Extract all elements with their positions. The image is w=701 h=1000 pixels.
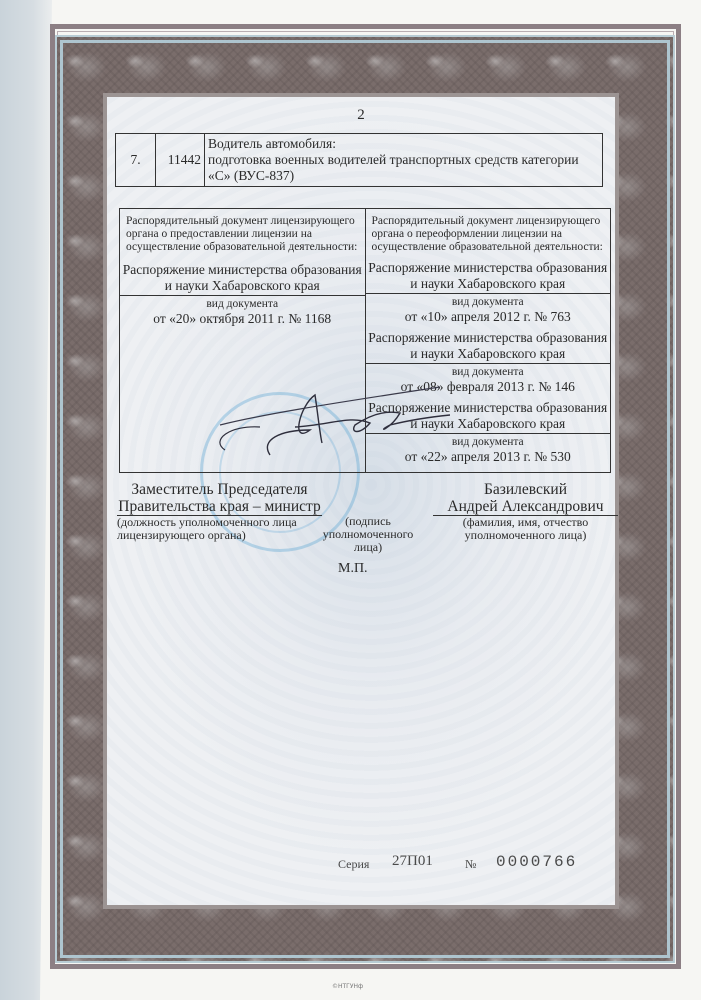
- specialties-table: 7. 11442 Водитель автомобиля: подготовка…: [115, 133, 603, 187]
- reissue-heading: Распорядительный документ лицензирующего…: [366, 209, 611, 258]
- document-type-caption: вид документа: [366, 366, 611, 379]
- document-name: Распоряжение министерства образования и …: [366, 258, 611, 294]
- series-label: Серия: [338, 857, 369, 872]
- reissue-entry: Распоряжение министерства образования и …: [366, 258, 611, 325]
- signatory-given-names: Андрей Александрович: [433, 498, 618, 515]
- table-row: 7. 11442 Водитель автомобиля: подготовка…: [116, 134, 603, 187]
- row-program: Водитель автомобиля: подготовка военных …: [205, 134, 603, 187]
- document-name: Распоряжение министерства образования и …: [120, 258, 365, 296]
- document-date-number: от «10» апреля 2012 г. № 763: [366, 309, 611, 325]
- document-name: Распоряжение министерства образования и …: [366, 328, 611, 364]
- document-type-caption: вид документа: [120, 298, 365, 311]
- program-description: подготовка военных водителей транспортны…: [208, 152, 599, 184]
- printer-mark: ©НТГУНф: [332, 983, 363, 990]
- signatory-surname: Базилевский: [433, 481, 618, 498]
- signature-caption: (подпись уполномоченного лица): [313, 515, 423, 554]
- row-index: 7.: [116, 134, 156, 187]
- license-appendix-page: 2 7. 11442 Водитель автомобиля: подготов…: [103, 93, 619, 909]
- document-date-number: от «20» октября 2011 г. № 1168: [120, 311, 365, 327]
- name-caption: (фамилия, имя, отчество уполномоченного …: [433, 516, 618, 542]
- program-title: Водитель автомобиля:: [208, 136, 599, 152]
- position-title: Заместитель Председателя Правительства к…: [117, 481, 322, 516]
- grant-heading: Распорядительный документ лицензирующего…: [120, 209, 365, 258]
- signatory-position: Заместитель Председателя Правительства к…: [117, 481, 322, 542]
- signatory-name: Базилевский Андрей Александрович (фамили…: [433, 481, 618, 542]
- series-value: 27П01: [392, 853, 433, 870]
- handwritten-signature: [200, 385, 450, 465]
- signature-block: Заместитель Председателя Правительства к…: [103, 481, 619, 591]
- grant-entry: Распоряжение министерства образования и …: [120, 258, 365, 327]
- position-caption: (должность уполномоченного лица лицензир…: [117, 516, 322, 542]
- number-value: 0000766: [496, 853, 577, 871]
- scanner-shadow: [0, 0, 55, 1000]
- signatory-full-name: Базилевский Андрей Александрович: [433, 481, 618, 516]
- seal-place-label: М.П.: [338, 561, 368, 577]
- document-type-caption: вид документа: [366, 296, 611, 309]
- form-serial-number: Серия 27П01 № 0000766: [338, 853, 608, 875]
- page-number: 2: [103, 107, 619, 124]
- row-code: 11442: [156, 134, 205, 187]
- number-label: №: [465, 857, 476, 872]
